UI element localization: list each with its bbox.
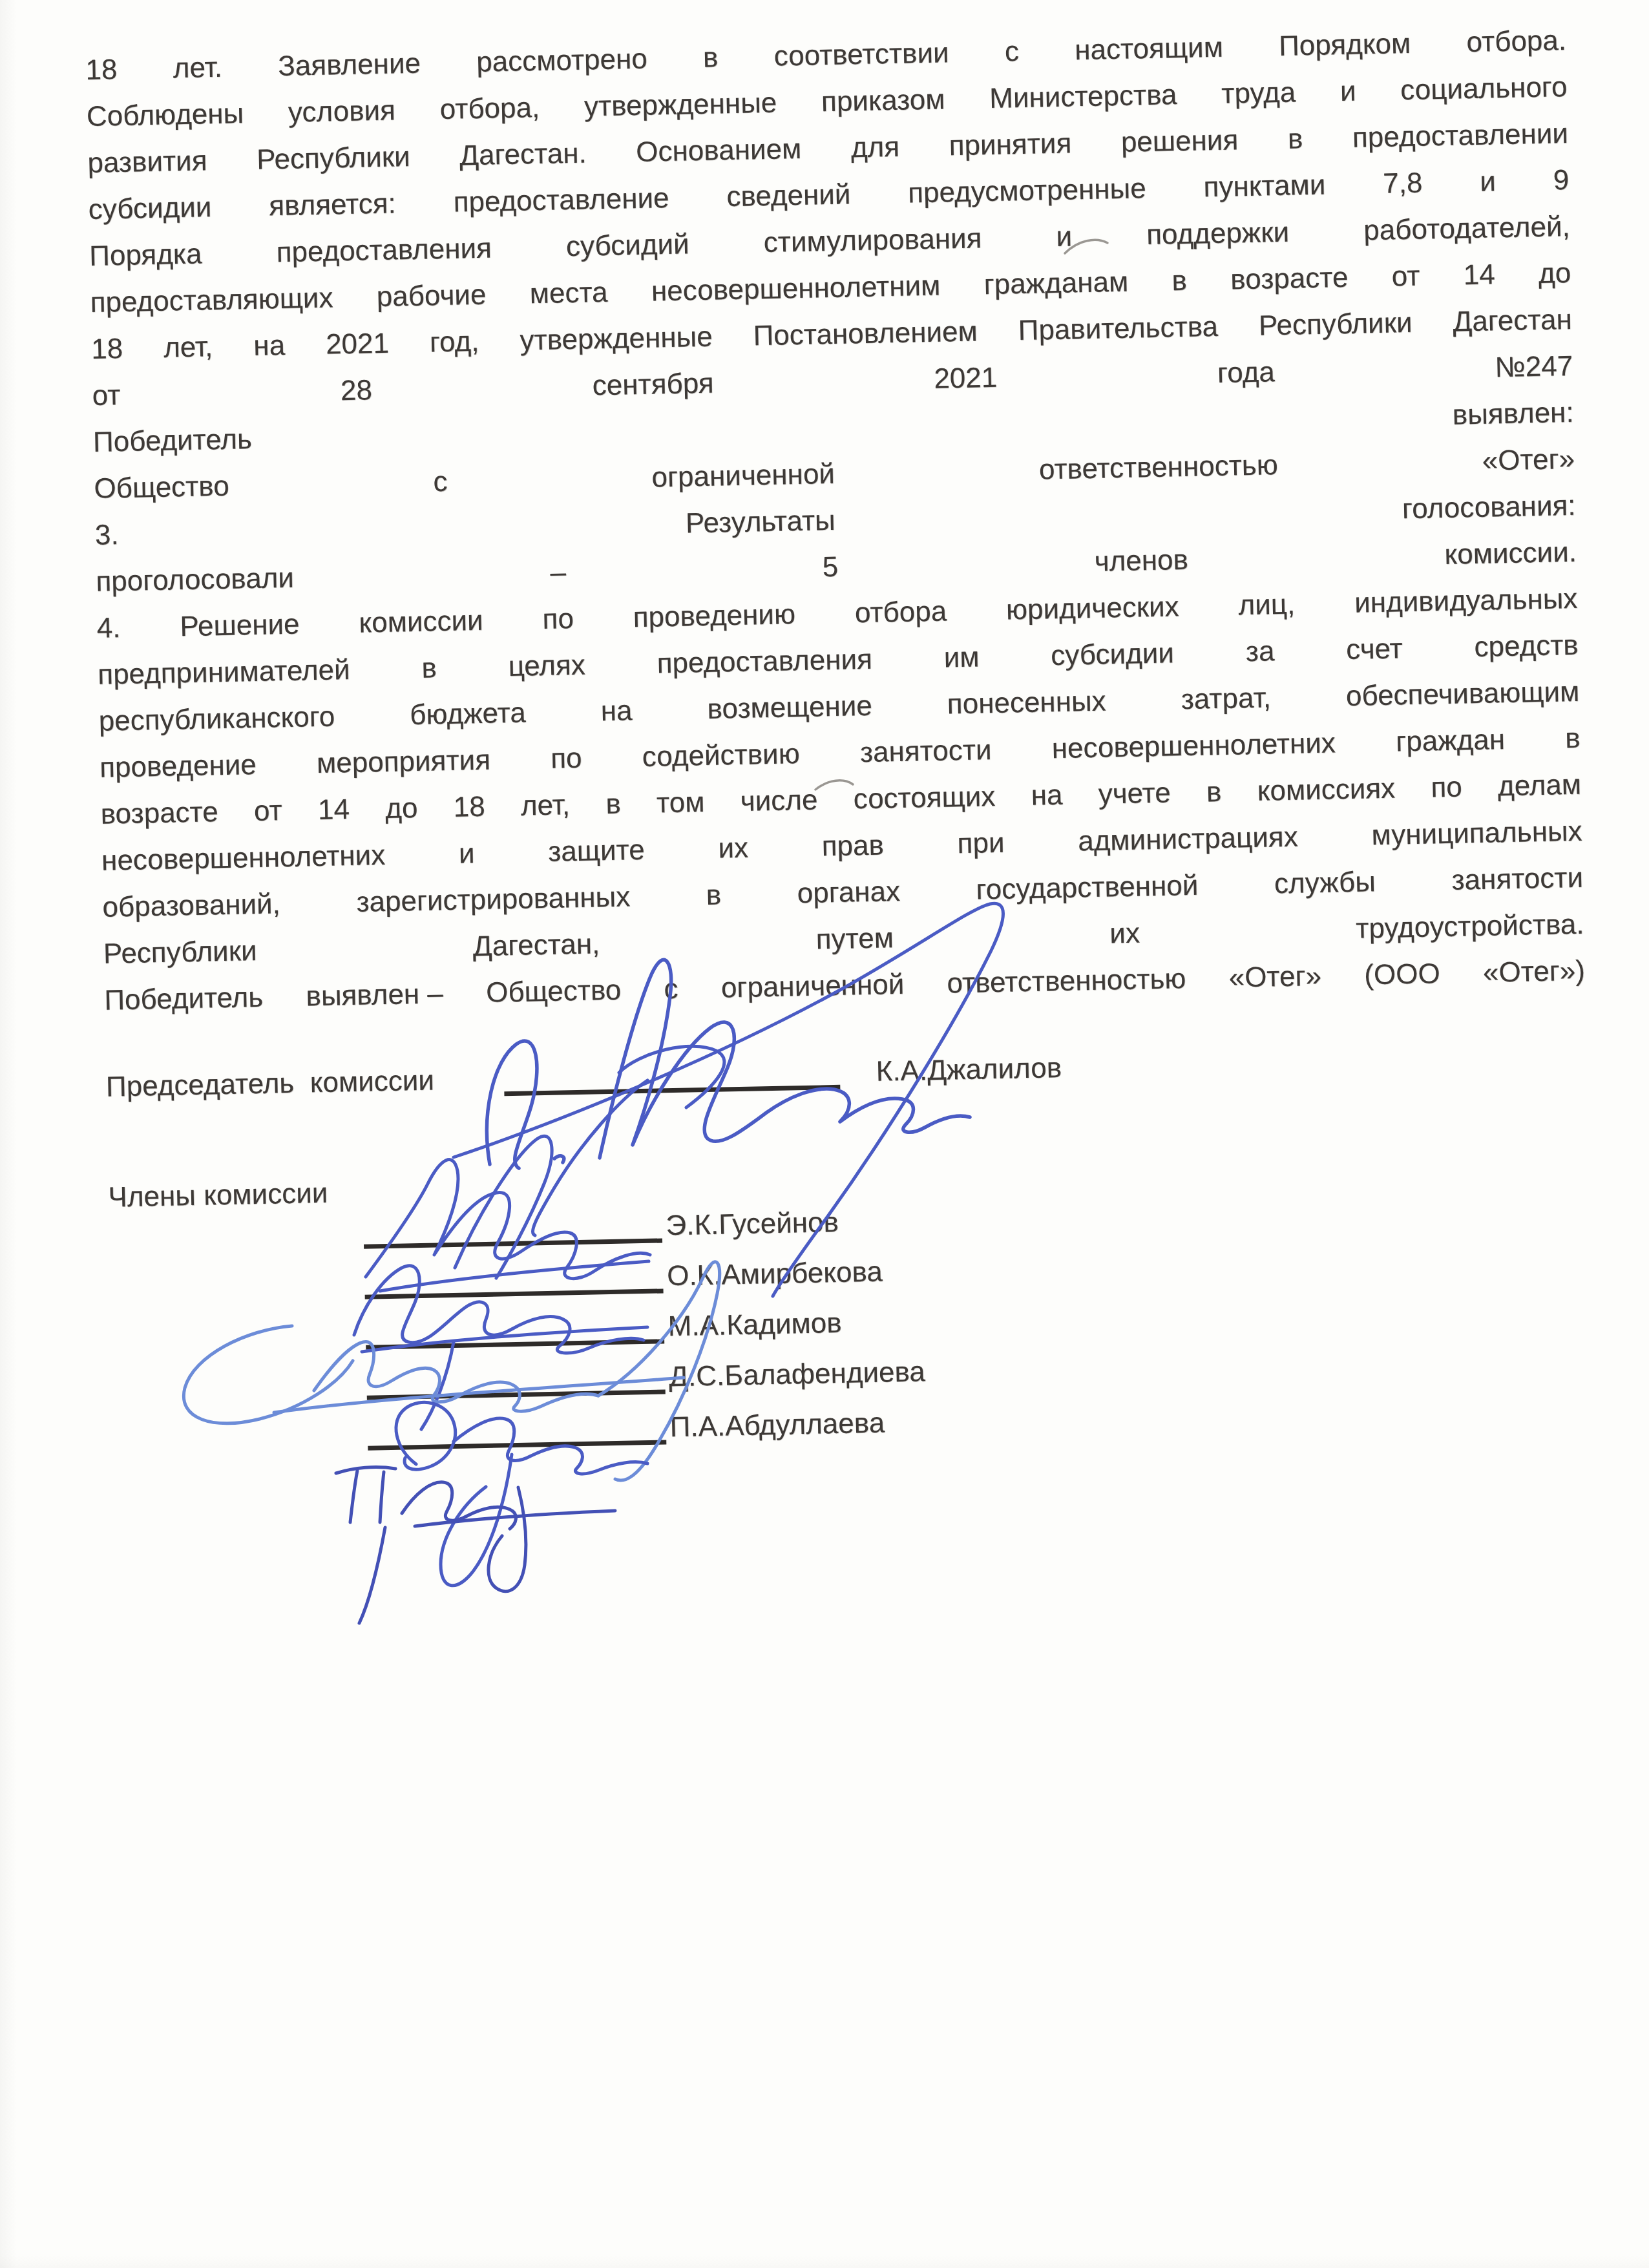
word: при xyxy=(957,827,1005,860)
word: республиканского xyxy=(98,700,335,737)
word: отбора xyxy=(854,595,947,629)
word: 3. xyxy=(94,519,119,552)
word: их xyxy=(1109,918,1140,950)
word: 2021 xyxy=(326,328,390,361)
word: членов xyxy=(1094,544,1188,578)
word: возрасте xyxy=(1230,262,1349,297)
word: занятости xyxy=(1451,862,1584,897)
word: возмещение xyxy=(707,690,872,726)
word: бюджета xyxy=(410,697,526,732)
word: 28 xyxy=(341,374,373,407)
word: развития xyxy=(87,145,207,180)
word: службы xyxy=(1274,866,1376,900)
word: Общество xyxy=(94,470,229,505)
word: условия xyxy=(288,94,395,129)
word: является: xyxy=(269,187,396,222)
word: органах xyxy=(797,876,900,910)
word: проголосовали xyxy=(96,562,295,598)
word: до xyxy=(385,792,418,825)
word: лет, xyxy=(163,331,213,364)
word: «Отег» xyxy=(1482,443,1575,478)
chairman-signature-row: Председатель комиссии К.А.Джалилов xyxy=(106,1042,1588,1118)
word: и xyxy=(1056,220,1073,253)
word: в xyxy=(605,788,621,821)
word: за xyxy=(1245,635,1275,668)
word: выявлен – xyxy=(306,978,443,1013)
word: Основанием xyxy=(636,133,802,169)
word: Дагестан. xyxy=(459,137,587,172)
member-name: Э.К.Гусейнов xyxy=(666,1206,839,1242)
word: от xyxy=(1391,260,1420,293)
word: возрасте xyxy=(100,796,218,831)
word: субсидии xyxy=(1051,637,1175,672)
word: Порядка xyxy=(89,238,202,272)
word: года xyxy=(1217,356,1276,390)
word: делам xyxy=(1497,769,1581,803)
word: рабочие xyxy=(376,279,487,313)
word: 18 xyxy=(91,333,123,366)
word: предоставление xyxy=(453,182,669,219)
word: администрациях xyxy=(1078,821,1298,858)
word: по xyxy=(551,742,582,775)
word: в xyxy=(421,652,437,684)
word: Победитель xyxy=(93,423,253,459)
word: Результаты xyxy=(686,505,836,540)
word: Республики xyxy=(1259,307,1413,342)
word: и xyxy=(1339,76,1356,108)
word: с xyxy=(433,466,448,498)
word: государственной xyxy=(976,870,1199,907)
word: пунктами xyxy=(1203,169,1326,204)
word: субсидий xyxy=(566,228,690,263)
word: поддержки xyxy=(1146,216,1290,251)
word: «Отег») xyxy=(1482,955,1585,989)
word: – xyxy=(550,556,566,589)
word: год, xyxy=(430,326,479,359)
member-name: П.А.Абдуллаева xyxy=(669,1407,885,1444)
word: 9 xyxy=(1553,164,1569,196)
word: числе xyxy=(740,784,818,817)
word: от xyxy=(253,795,282,828)
word: в xyxy=(1565,722,1581,755)
word: 5 xyxy=(822,551,838,583)
word: затрат, xyxy=(1181,682,1271,716)
word: юридических xyxy=(1006,591,1179,626)
word: рассмотрено xyxy=(476,43,648,79)
word: 7,8 xyxy=(1383,167,1423,200)
word: Постановлением xyxy=(753,315,978,352)
word: им xyxy=(943,641,980,674)
word: 2021 xyxy=(934,362,998,395)
word: комиссии. xyxy=(1444,536,1577,571)
word: субсидии xyxy=(88,191,212,226)
word: ограниченной xyxy=(651,458,835,494)
word: Дагестан xyxy=(1453,304,1572,339)
word: Соблюдены xyxy=(86,98,244,133)
word: в xyxy=(1206,776,1222,808)
word: для xyxy=(850,131,899,164)
word: Победитель xyxy=(104,982,264,1017)
word: 18 xyxy=(453,791,485,824)
word: места xyxy=(529,277,608,310)
word: и xyxy=(458,837,475,870)
word: в xyxy=(703,41,719,74)
word: содействию xyxy=(642,738,800,773)
word: Правительства xyxy=(1018,311,1218,347)
word: труда xyxy=(1221,76,1296,110)
member-name: О.К.Амирбекова xyxy=(667,1256,883,1293)
word: и xyxy=(1480,165,1497,198)
word: предоставляющих xyxy=(90,282,333,319)
word: сведений xyxy=(726,178,851,213)
word: Республики xyxy=(257,141,410,176)
word: лет. xyxy=(173,52,222,85)
scanned-document: { "colors": { "paper": "#fdfdfb", "ink":… xyxy=(0,0,1649,2268)
chairman-label: Председатель комиссии xyxy=(106,1064,435,1103)
word: настоящим xyxy=(1075,32,1224,67)
word: в xyxy=(706,879,721,912)
word: несовершеннолетним xyxy=(651,270,940,308)
word: социального xyxy=(1400,71,1568,107)
member-rows: Э.К.ГусейновО.К.АмирбековаМ.А.КадимовД.С… xyxy=(109,1192,1594,1473)
signature-underline xyxy=(366,1339,664,1349)
member-name: М.А.Кадимов xyxy=(667,1307,842,1343)
word: понесенных xyxy=(947,686,1106,721)
word: учете xyxy=(1098,777,1171,811)
member-signature-5 xyxy=(336,1467,615,1623)
word: №247 xyxy=(1495,350,1573,384)
word: соответствии xyxy=(773,37,949,72)
word: лиц, xyxy=(1238,589,1296,622)
word: предусмотренные xyxy=(908,173,1146,209)
word: Республики xyxy=(103,935,257,971)
word: на xyxy=(1031,779,1063,812)
document-lines: 18лет.Заявлениерассмотреновсоответствиис… xyxy=(85,25,1586,1031)
word: выявлен: xyxy=(1452,397,1574,432)
word: работодателей, xyxy=(1363,211,1571,247)
word: образований, xyxy=(102,888,280,924)
word: защите xyxy=(548,834,646,868)
word: комиссии xyxy=(359,605,483,640)
word: решения xyxy=(1120,124,1238,159)
word: по xyxy=(1431,771,1462,804)
word: проведение xyxy=(100,749,257,784)
word: предоставления xyxy=(276,232,492,269)
signature-underline xyxy=(367,1389,666,1400)
signature-underline xyxy=(368,1440,666,1450)
word: стимулирования xyxy=(763,222,982,259)
word: предоставления xyxy=(656,644,872,680)
word: зарегистрированных xyxy=(356,881,631,918)
word: до xyxy=(1539,257,1571,290)
word: Порядком xyxy=(1279,28,1411,63)
word: гражданам xyxy=(983,266,1129,301)
word: с xyxy=(664,973,678,1005)
word: 4. xyxy=(96,612,121,645)
word: обеспечивающим xyxy=(1345,676,1579,713)
word: муниципальных xyxy=(1371,815,1582,852)
word: «Отег» xyxy=(1228,960,1321,994)
word: путем xyxy=(815,922,894,956)
word: комиссиях xyxy=(1257,773,1395,808)
word: сентября xyxy=(592,368,714,403)
word: с xyxy=(1004,36,1019,68)
word: том xyxy=(656,786,705,819)
word: 18 xyxy=(85,54,118,87)
word: ответственностью xyxy=(1038,449,1278,486)
word: приказом xyxy=(821,83,945,118)
word: голосования: xyxy=(1402,490,1576,525)
word: индивидуальных xyxy=(1354,583,1578,620)
word: ограниченной xyxy=(720,969,904,1005)
word: Общество xyxy=(486,974,622,1009)
word: на xyxy=(253,330,286,362)
word: Дагестан, xyxy=(472,928,600,963)
word: предпринимателей xyxy=(98,654,350,691)
word: в xyxy=(1171,265,1187,297)
word: несовершеннолетних xyxy=(101,839,386,877)
word: счет xyxy=(1346,633,1403,666)
signature-underline xyxy=(364,1238,662,1248)
word: отбора. xyxy=(1466,25,1566,59)
word: состоящих xyxy=(853,781,996,815)
document-page: 18лет.Заявлениерассмотреновсоответствиис… xyxy=(0,0,1649,2268)
signature-underline xyxy=(365,1288,664,1299)
word: трудоустройства. xyxy=(1356,908,1584,945)
chairman-name: К.А.Джалилов xyxy=(876,1052,1062,1088)
word: отбора, xyxy=(439,92,540,126)
word: принятия xyxy=(949,127,1072,162)
word: Решение xyxy=(180,609,300,644)
word: по xyxy=(542,603,574,636)
word: Заявление xyxy=(278,48,421,83)
word: их xyxy=(718,832,749,865)
word: граждан xyxy=(1396,724,1506,758)
word: утвержденные xyxy=(520,321,713,357)
word: занятости xyxy=(859,734,992,769)
word: в xyxy=(1287,123,1303,155)
word: 14 xyxy=(1463,258,1495,291)
word: лет, xyxy=(520,789,570,823)
word: прав xyxy=(821,829,884,863)
document-content: 18лет.Заявлениерассмотреновсоответствиис… xyxy=(85,25,1595,1473)
word: ответственностью xyxy=(947,963,1186,1000)
word: Министерства xyxy=(989,79,1177,115)
word: несовершеннолетних xyxy=(1051,727,1336,765)
word: (ООО xyxy=(1364,958,1440,991)
member-name: Д.С.Балафендиева xyxy=(669,1356,925,1393)
word: предоставлении xyxy=(1352,118,1568,154)
word: 14 xyxy=(317,793,350,826)
word: на xyxy=(600,695,633,728)
word: от xyxy=(92,379,121,412)
word: утвержденные xyxy=(584,87,777,123)
word: целях xyxy=(508,649,585,683)
word: проведению xyxy=(633,598,795,634)
signature-underline xyxy=(504,1085,840,1096)
word: средств xyxy=(1474,629,1579,664)
word: мероприятия xyxy=(317,744,491,780)
